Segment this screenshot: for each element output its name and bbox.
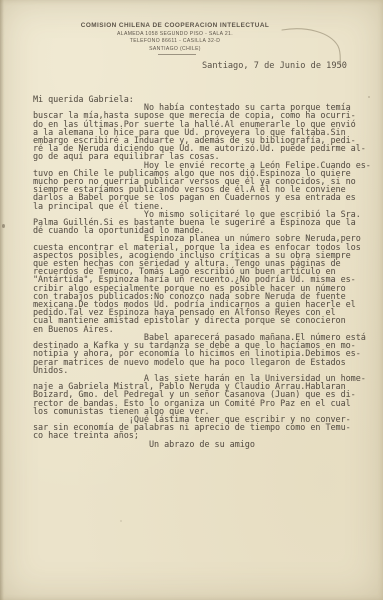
letterhead-address-line3: SANTIAGO (CHILE)	[58, 46, 292, 52]
letter-page: COMISION CHILENA DE COOPERACION INTELECT…	[0, 0, 383, 600]
paper-speck	[120, 520, 122, 522]
closing-line: Un abrazo de su amigo	[33, 440, 373, 448]
letterhead-organization: COMISION CHILENA DE COOPERACION INTELECT…	[58, 22, 292, 29]
page-edge-shadow	[0, 0, 4, 600]
letterhead-address-line1: ALAMEDA 1058 SEGUNDO PISO - SALA 21.	[58, 31, 292, 37]
paper-speck	[368, 96, 370, 98]
letter-body: Mi querida Gabriela: No había contestado…	[33, 95, 373, 448]
letterhead-address-line2: TELEFONO 86611 - CASILLA 32-D	[58, 38, 292, 44]
letterhead-divider	[158, 54, 196, 55]
dateline: Santiago, 7 de Junio de 1950	[202, 61, 347, 71]
letterhead: COMISION CHILENA DE COOPERACION INTELECT…	[58, 22, 292, 52]
body-text: No había contestado su carta porque temí…	[33, 103, 373, 439]
paper-speck	[2, 224, 5, 228]
